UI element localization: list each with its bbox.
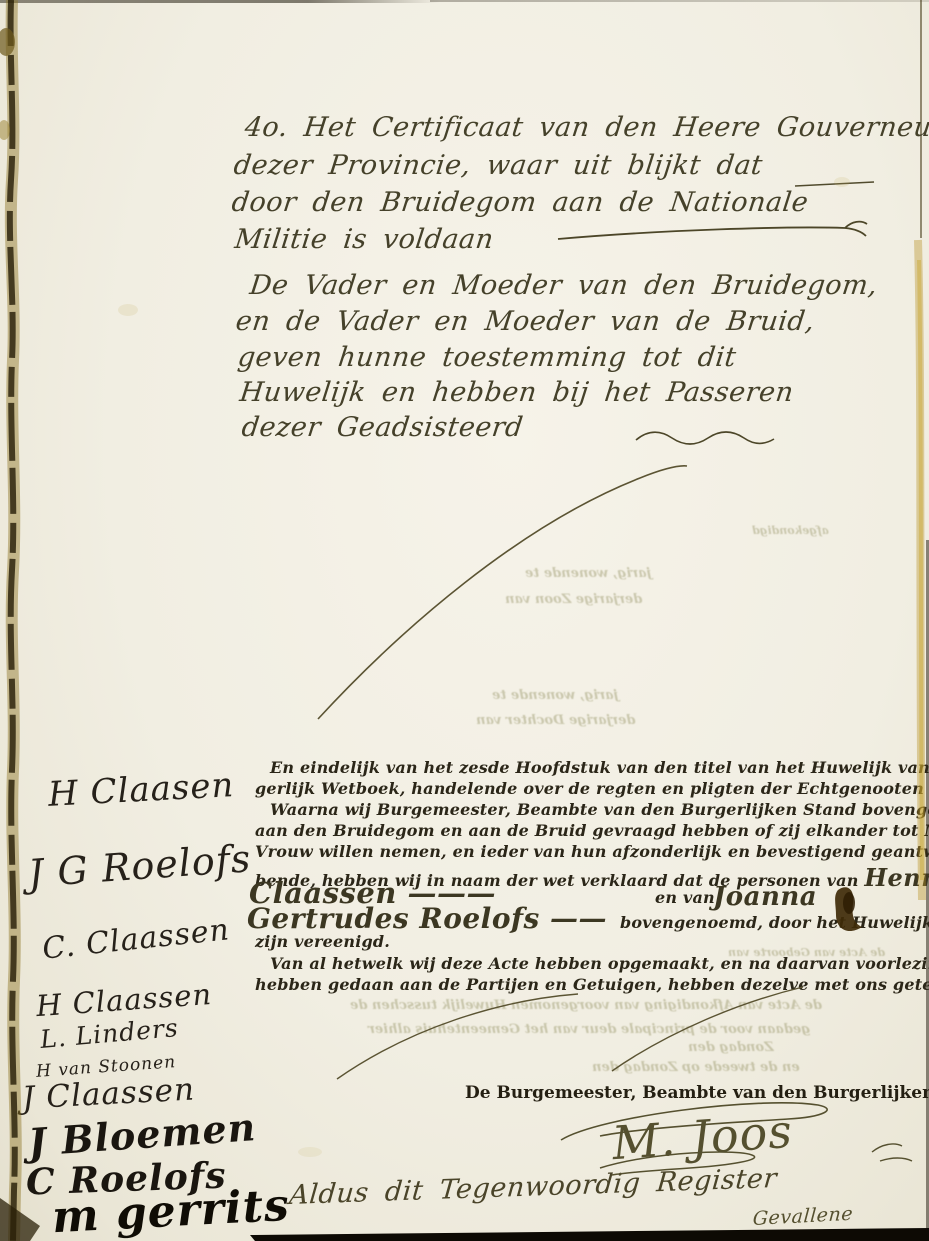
- top-edge-shadow: [0, 0, 440, 3]
- printed-line: Waarna wij Burgemeester, Beambte van den…: [255, 800, 915, 819]
- closing-subline: Gevallene: [752, 1203, 854, 1230]
- bleedthrough-text: derjarige Dochter van: [476, 713, 635, 728]
- burgemeester-signature: M. Joos: [610, 1104, 794, 1170]
- handwritten-line: en de Vader en Moeder van de Bruid,: [234, 306, 816, 337]
- document-page: 4o. Het Certificaat van den Heere Gouver…: [0, 0, 929, 1241]
- bleedthrough-text: de Acte van Afkondiging van voorgenomen …: [350, 998, 822, 1013]
- handwritten-line: dezer Geadsisteerd: [240, 412, 525, 443]
- signature: J G Roelofs: [27, 836, 253, 895]
- printed-line: Van al hetwelk wij deze Acte hebben opge…: [255, 954, 915, 973]
- printed-line: hebben gedaan aan de Partijen en Getuige…: [255, 975, 915, 994]
- printed-line: En eindelijk van het zesde Hoofdstuk van…: [255, 758, 915, 777]
- bleedthrough-text: derjarige Zoon van: [505, 592, 642, 607]
- signature: H Claasen: [47, 765, 235, 815]
- printed-line: zijn vereenigd.: [255, 932, 915, 951]
- bride-name-handwritten: Joanna: [713, 882, 817, 912]
- printed-text: bovengenoemd, door het Huwelijk: [620, 913, 929, 932]
- bleedthrough-text: afgekondigd: [752, 524, 829, 537]
- closing-line: Aldus dit Tegenwoordig Register: [288, 1163, 778, 1211]
- signature: C. Claassen: [41, 912, 232, 966]
- bleedthrough-text: en de tweede op Zondag den: [592, 1060, 800, 1075]
- bleedthrough-text: jarig, wonende te: [525, 566, 651, 581]
- bleedthrough-text: gedaan voor de principale deur van het G…: [368, 1022, 810, 1037]
- handwritten-line: dezer Provincie, waar uit blijkt dat: [232, 150, 764, 181]
- bleedthrough-text: jarig, wonende te: [492, 688, 618, 703]
- bleedthrough-text: Zondag den: [688, 1040, 774, 1055]
- paper-edge-nub: [0, 28, 15, 56]
- handwritten-line: De Vader en Moeder van den Bruidegom,: [248, 270, 879, 301]
- printed-text: en van: [655, 888, 715, 907]
- groom-name-handwritten: Henricus: [864, 863, 929, 892]
- handwritten-line: Militie is voldaan: [233, 224, 495, 255]
- handwritten-line: Huwelijk en hebben bij het Passeren: [238, 377, 795, 408]
- burgemeester-title: De Burgemeester, Beambte van den Burgerl…: [465, 1083, 929, 1103]
- bottom-left-corner: [0, 1198, 40, 1241]
- handwritten-line: geven hunne toestemming tot dit: [236, 342, 738, 373]
- top-edge-shadow-light: [430, 0, 929, 2]
- bride-name-handwritten: Gertrudes Roelofs ——: [247, 902, 607, 935]
- printed-line: gerlijk Wetboek, handelende over de regt…: [255, 779, 915, 798]
- handwritten-line: 4o. Het Certificaat van den Heere Gouver…: [243, 112, 929, 143]
- printed-line: aan den Bruidegom en aan de Bruid gevraa…: [255, 821, 915, 840]
- printed-line: Vrouw willen nemen, en ieder van hun afz…: [255, 842, 915, 861]
- handwritten-line: door den Bruidegom aan de Nationale: [230, 187, 810, 218]
- signature: H Claassen: [35, 977, 213, 1023]
